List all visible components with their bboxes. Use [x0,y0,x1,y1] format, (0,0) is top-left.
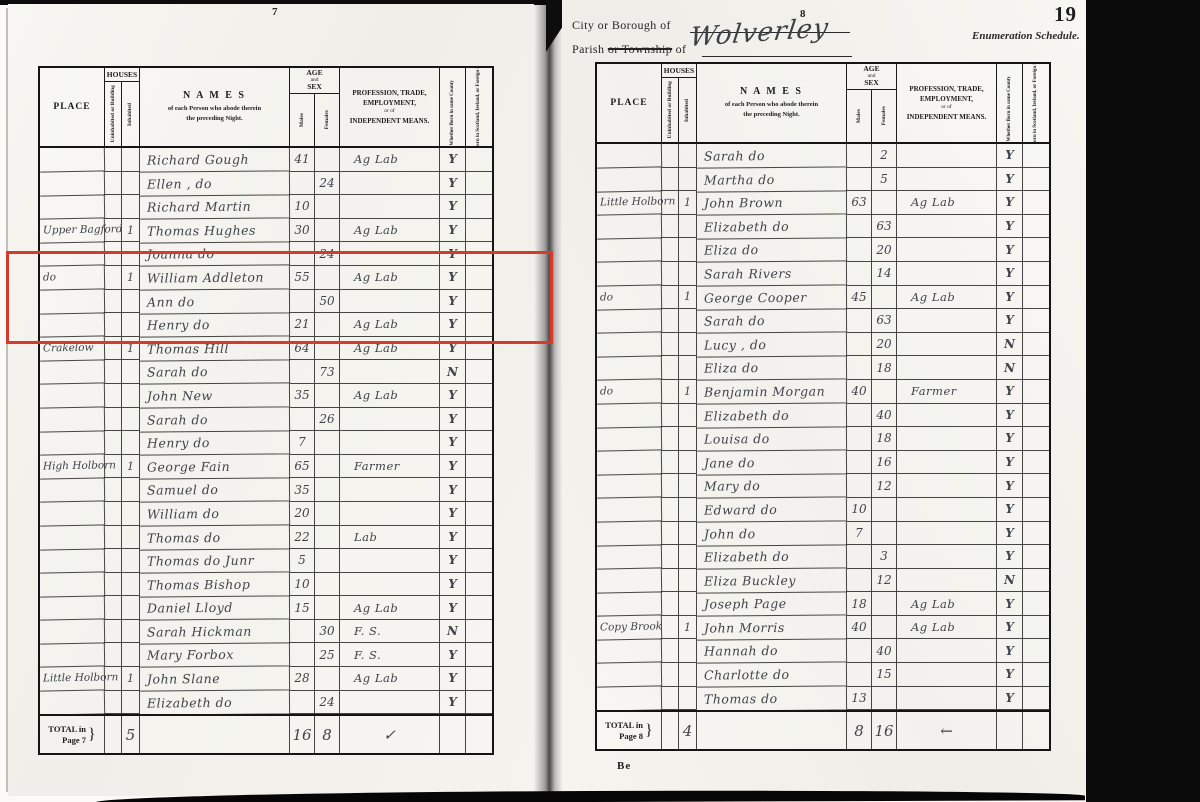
uninhabited-cell [662,427,679,451]
name-cell: Mary Forbox [140,643,290,668]
table-row: Elizabeth do63Y [597,215,1049,239]
place-cell [40,478,105,503]
born-county-cell: Y [440,478,466,502]
born-other-cell [1023,404,1049,428]
female-age-cell [315,478,340,502]
total-houses: 5 [122,716,140,753]
table-row: Little Holborn1John Slane28Ag LabY [40,667,492,691]
table-row: Edward do10Y [597,498,1049,522]
female-age-cell [872,592,897,616]
name-cell: Eliza Buckley [697,568,847,593]
female-age-cell [872,687,897,711]
column-header-uninhabited: Uninhabited or Building [110,85,116,142]
name-cell: Joseph Page [697,592,847,617]
born-county-cell: Y [997,215,1023,239]
born-other-cell [1023,592,1049,616]
inhabited-cell [679,144,697,168]
table-row: Sarah Rivers14Y [597,262,1049,286]
profession-cell [897,144,997,168]
male-age-cell: 5 [290,549,315,573]
born-other-cell [1023,569,1049,593]
place-cell [597,592,662,617]
born-county-cell: Y [997,592,1023,616]
census-document-scan: 7 PLACE HOUSES Uninhabited or Building I… [0,0,1200,802]
male-age-cell [847,356,872,380]
profession-cell [897,639,997,663]
place-cell [40,147,105,172]
inhabited-cell [122,172,140,196]
inhabited-cell [122,431,140,455]
male-age-cell [847,427,872,451]
born-other-cell [1023,380,1049,404]
column-header-born-county: Whether Born in same County [450,80,456,145]
born-other-cell [1023,522,1049,546]
uninhabited-cell [662,687,679,711]
table-row: Mary Forbox25F. S.Y [40,643,492,667]
folio-number: 19 [1054,2,1077,27]
born-other-cell [466,691,492,715]
male-age-cell: 20 [290,502,315,526]
place-cell: Upper Bagford [40,218,105,243]
female-age-cell: 73 [315,360,340,384]
table-row: Ellen , do24Y [40,172,492,196]
male-age-cell: 13 [847,687,872,711]
inhabited-cell [679,474,697,498]
female-age-cell: 24 [315,691,340,715]
place-cell [40,690,105,715]
highlight-box [6,251,553,344]
male-age-cell [847,238,872,262]
uninhabited-cell [662,663,679,687]
born-other-cell [466,219,492,243]
table-row: Eliza do20Y [597,238,1049,262]
born-other-cell [1023,687,1049,711]
inhabited-cell [679,545,697,569]
male-age-cell [847,451,872,475]
inhabited-cell [679,498,697,522]
born-other-cell [1023,474,1049,498]
table-row: do1George Cooper45Ag LabY [597,286,1049,310]
female-age-cell [315,219,340,243]
born-other-cell [1023,545,1049,569]
female-age-cell [315,667,340,691]
born-other-cell [1023,451,1049,475]
name-cell: Jane do [697,450,847,475]
inhabited-cell [122,408,140,432]
uninhabited-cell [105,431,122,455]
profession-cell [897,569,997,593]
place-cell [597,568,662,593]
inhabited-cell [122,360,140,384]
uninhabited-cell [662,474,679,498]
male-age-cell: 18 [847,592,872,616]
male-age-cell [290,691,315,715]
male-age-cell: 15 [290,596,315,620]
born-county-cell: Y [997,191,1023,215]
name-cell: Ellen , do [140,171,290,196]
column-header-inhabited: Inhabited [127,103,133,126]
inhabited-cell [679,663,697,687]
male-age-cell [847,215,872,239]
total-row: TOTAL in Page 8 } 4 8 16 ← [597,710,1049,749]
born-county-cell: Y [997,262,1023,286]
place-cell [597,474,662,499]
male-age-cell: 28 [290,667,315,691]
census-page-left: 7 PLACE HOUSES Uninhabited or Building I… [8,4,534,796]
female-age-cell [315,526,340,550]
female-age-cell: 20 [872,238,897,262]
born-other-cell [466,667,492,691]
total-males: 8 [847,712,872,749]
inhabited-cell [122,195,140,219]
born-county-cell: N [440,360,466,384]
place-cell [597,403,662,428]
name-cell: Samuel do [140,478,290,503]
profession-cell [340,478,440,502]
profession-cell: Ag Lab [340,384,440,408]
male-age-cell [290,172,315,196]
born-other-cell [466,620,492,644]
female-age-cell [315,431,340,455]
table-row: do1Benjamin Morgan40FarmerY [597,380,1049,404]
table-row: Mary do12Y [597,474,1049,498]
uninhabited-cell [105,549,122,573]
name-cell: Mary do [697,474,847,499]
born-other-cell [466,148,492,172]
table-row: Thomas do22LabY [40,526,492,550]
uninhabited-cell [662,616,679,640]
place-cell [597,356,662,381]
uninhabited-cell [662,215,679,239]
uninhabited-cell [662,356,679,380]
born-other-cell [466,455,492,479]
profession-cell: Farmer [897,380,997,404]
profession-cell: Ag Lab [897,616,997,640]
female-age-cell: 15 [872,663,897,687]
male-age-cell: 40 [847,380,872,404]
table-row: Lucy , do20N [597,333,1049,357]
inhabited-cell [679,404,697,428]
column-header-place: PLACE [597,64,662,142]
inhabited-cell: 1 [122,219,140,243]
profession-cell [340,502,440,526]
male-age-cell: 10 [290,573,315,597]
column-header-uninhabited: Uninhabited or Building [667,81,673,138]
uninhabited-cell [662,238,679,262]
male-age-cell: 10 [847,498,872,522]
female-age-cell: 12 [872,474,897,498]
table-row: Elizabeth do3Y [597,545,1049,569]
total-row: TOTAL in Page 7 } 5 16 8 ✓ [40,714,492,753]
female-age-cell: 63 [872,309,897,333]
name-cell: Charlotte do [697,662,847,687]
female-age-cell [872,380,897,404]
enumeration-schedule-label: Enumeration Schedule. [972,30,1080,42]
place-cell [597,450,662,475]
female-age-cell: 30 [315,620,340,644]
inhabited-cell [679,215,697,239]
place-cell [40,407,105,432]
uninhabited-cell [662,286,679,310]
born-county-cell: Y [997,687,1023,711]
uninhabited-cell [105,620,122,644]
table-row: Little Holborn1John Brown63Ag LabY [597,191,1049,215]
table-row: Joseph Page18Ag LabY [597,592,1049,616]
inhabited-cell [122,596,140,620]
inhabited-cell [122,691,140,715]
uninhabited-cell [105,691,122,715]
male-age-cell: 45 [847,286,872,310]
total-born-other-blank [1023,712,1049,749]
born-county-cell: Y [997,498,1023,522]
inhabited-cell [122,573,140,597]
total-label: TOTAL in Page 7 } [40,716,105,753]
inhabited-cell [122,526,140,550]
table-body-right: Sarah do2YMartha do5YLittle Holborn1John… [597,144,1049,710]
inhabited-cell [122,643,140,667]
female-age-cell: 40 [872,404,897,428]
profession-cell [340,691,440,715]
table-row: Eliza Buckley12N [597,569,1049,593]
profession-cell [897,474,997,498]
born-other-cell [466,526,492,550]
uninhabited-cell [662,404,679,428]
place-cell [40,171,105,196]
table-row: Richard Gough41Ag LabY [40,148,492,172]
parish-name-handwritten: Wolverley [688,13,831,53]
column-header-names: N A M E S of each Person who abode there… [697,64,847,142]
profession-cell: Lab [340,526,440,550]
name-cell: Sarah Hickman [140,619,290,644]
female-age-cell [315,195,340,219]
uninhabited-cell [662,522,679,546]
female-age-cell: 20 [872,333,897,357]
male-age-cell [290,408,315,432]
born-county-cell: Y [997,238,1023,262]
female-age-cell: 14 [872,262,897,286]
table-row: Martha do5Y [597,168,1049,192]
female-age-cell: 26 [315,408,340,432]
uninhabited-cell [105,526,122,550]
column-header-profession: PROFESSION, TRADE, EMPLOYMENT, or of IND… [897,64,997,142]
profession-cell [340,195,440,219]
uninhabited-cell [662,144,679,168]
inhabited-cell: 1 [679,380,697,404]
name-cell: John New [140,383,290,408]
name-cell: Thomas Hughes [140,218,290,243]
profession-cell [897,333,997,357]
female-age-cell [872,616,897,640]
name-cell: Daniel Lloyd [140,596,290,621]
born-county-cell: Y [440,408,466,432]
born-other-cell [1023,356,1049,380]
column-header-age-sex: AGE and SEX Males Females [290,68,340,146]
inhabited-cell [679,262,697,286]
uninhabited-cell [662,639,679,663]
male-age-cell [847,404,872,428]
male-age-cell [847,144,872,168]
male-age-cell: 35 [290,478,315,502]
female-age-cell: 25 [315,643,340,667]
place-cell [597,261,662,286]
profession-cell: Ag Lab [340,219,440,243]
uninhabited-cell [662,380,679,404]
name-cell: George Fain [140,454,290,479]
name-cell: Sarah do [697,309,847,334]
name-cell: Elizabeth do [697,403,847,428]
male-age-cell: 7 [290,431,315,455]
profession-cell [897,238,997,262]
inhabited-cell: 1 [679,616,697,640]
place-cell [597,497,662,522]
uninhabited-cell [662,451,679,475]
footer-annotation: Be [617,760,631,772]
born-county-cell: Y [440,431,466,455]
female-age-cell [872,191,897,215]
name-cell: John Morris [697,615,847,640]
inhabited-cell [679,309,697,333]
table-row: Hannah do40Y [597,639,1049,663]
born-other-cell [1023,144,1049,168]
born-county-cell: Y [440,172,466,196]
profession-cell [897,451,997,475]
place-cell [597,686,662,711]
place-cell: do [597,285,662,310]
profession-cell [340,431,440,455]
name-cell: Martha do [697,167,847,192]
table-row: Henry do7Y [40,431,492,455]
name-cell: Benjamin Morgan [697,379,847,404]
female-age-cell: 40 [872,639,897,663]
born-other-cell [466,573,492,597]
uninhabited-cell [662,545,679,569]
born-other-cell [466,195,492,219]
name-cell: Sarah do [140,407,290,432]
table-row: Louisa do18Y [597,427,1049,451]
name-cell: William do [140,501,290,526]
male-age-cell: 10 [290,195,315,219]
born-county-cell: Y [440,643,466,667]
column-header-females: Females [881,106,887,125]
female-age-cell [872,498,897,522]
born-other-cell [466,502,492,526]
place-cell [597,639,662,664]
profession-cell [340,573,440,597]
uninhabited-cell [105,643,122,667]
total-females: 8 [315,716,340,753]
census-page-right: 8 19 City or Borough of Parish or Townsh… [562,0,1086,796]
total-names-blank [140,716,290,753]
name-cell: Louisa do [697,426,847,451]
female-age-cell: 5 [872,168,897,192]
male-age-cell [290,620,315,644]
born-other-cell [1023,262,1049,286]
name-cell: John do [697,521,847,546]
name-cell: Richard Gough [140,147,290,172]
name-cell: Thomas Bishop [140,572,290,597]
male-age-cell [290,643,315,667]
inhabited-cell [122,620,140,644]
place-cell [597,309,662,334]
parish-rule [702,56,852,57]
total-uninhabited [105,716,122,753]
total-born-county-blank [440,716,466,753]
born-county-cell: Y [997,427,1023,451]
female-age-cell [315,502,340,526]
born-county-cell: N [997,333,1023,357]
uninhabited-cell [662,309,679,333]
born-other-cell [466,596,492,620]
table-row: William do20Y [40,502,492,526]
profession-cell [897,404,997,428]
name-cell: Eliza do [697,238,847,263]
place-cell: High Holborn [40,454,105,479]
female-age-cell: 12 [872,569,897,593]
born-county-cell: Y [997,309,1023,333]
total-check-mark: ✓ [340,716,440,753]
female-age-cell: 18 [872,427,897,451]
born-other-cell [466,478,492,502]
column-header-females: Females [324,110,330,129]
table-row: Elizabeth do24Y [40,691,492,715]
born-other-cell [1023,639,1049,663]
born-other-cell [1023,238,1049,262]
male-age-cell [847,168,872,192]
uninhabited-cell [662,592,679,616]
name-cell: Elizabeth do [140,690,290,715]
table-row: Upper Bagford1Thomas Hughes30Ag LabY [40,219,492,243]
column-header-where-born: Where Born Whether Born in same County W… [440,68,492,146]
profession-cell [340,172,440,196]
place-cell [40,643,105,668]
female-age-cell: 18 [872,356,897,380]
born-county-cell: Y [997,286,1023,310]
born-county-cell: Y [997,451,1023,475]
name-cell: Sarah do [140,360,290,385]
inhabited-cell [679,592,697,616]
born-other-cell [1023,498,1049,522]
column-header-males: Males [856,109,862,123]
profession-cell [897,262,997,286]
place-cell [40,195,105,220]
total-born-county-blank [997,712,1023,749]
born-county-cell: Y [997,616,1023,640]
table-body-left: Richard Gough41Ag LabYEllen , do24YRicha… [40,148,492,714]
male-age-cell: 30 [290,219,315,243]
uninhabited-cell [105,384,122,408]
profession-cell [897,356,997,380]
profession-cell [897,663,997,687]
table-row: High Holborn1George Fain65FarmerY [40,455,492,479]
female-age-cell [872,286,897,310]
born-county-cell: Y [997,144,1023,168]
female-age-cell [315,455,340,479]
table-row: Elizabeth do40Y [597,404,1049,428]
profession-cell [897,498,997,522]
name-cell: Thomas do Junr [140,548,290,573]
born-other-cell [1023,309,1049,333]
column-header-names: N A M E S of each Person who abode there… [140,68,290,146]
profession-cell [340,360,440,384]
uninhabited-cell [662,168,679,192]
column-header-born-elsewhere: Whether Born in Scotland, Ireland, or Fo… [476,68,482,146]
place-cell [597,143,662,168]
inhabited-cell [679,168,697,192]
female-age-cell: 16 [872,451,897,475]
born-other-cell [1023,168,1049,192]
born-county-cell: Y [440,691,466,715]
total-uninhabited [662,712,679,749]
